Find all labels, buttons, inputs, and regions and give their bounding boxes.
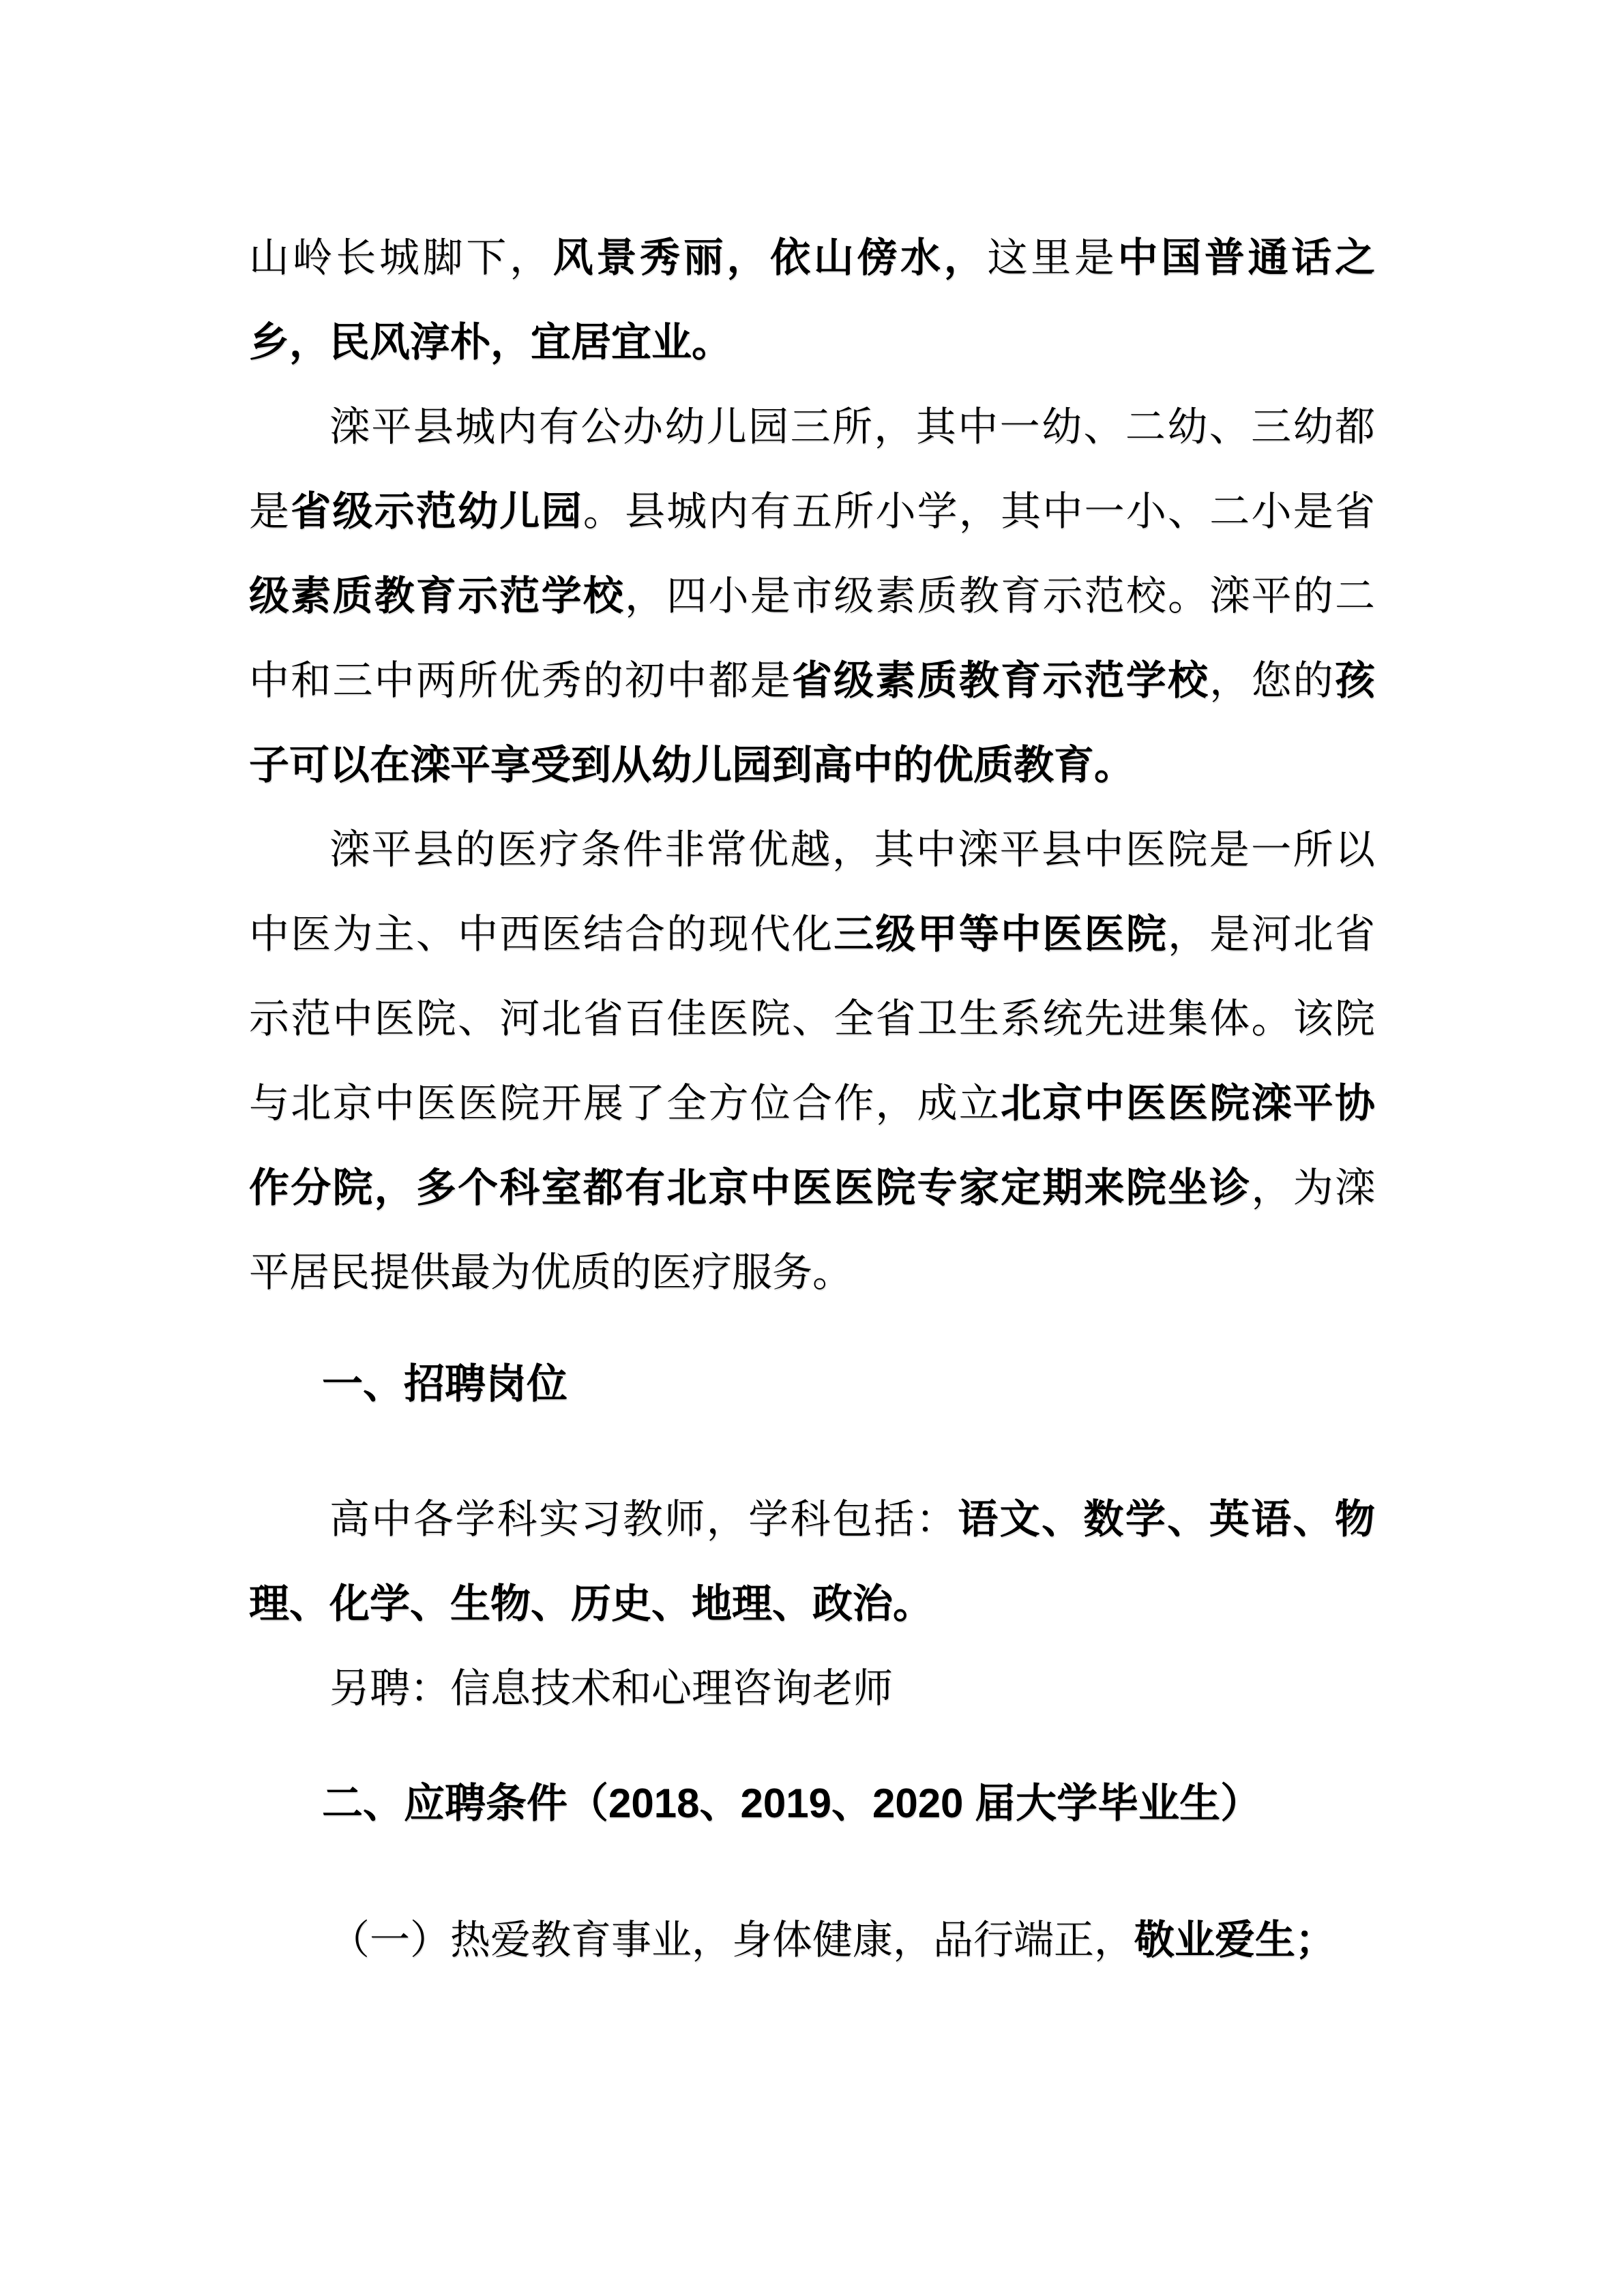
paragraph-location-intro: 山岭长城脚下，风景秀丽，依山傍水，这里是中国普通话之乡，民风淳朴，宜居宜业。 [249,215,1375,385]
text-run: 另聘：信息技术和心理咨询老师 [329,1666,893,1711]
text-run-bold: 三级甲等中医医院 [833,912,1168,957]
text-run-bold: 级素质教育示范学校 [249,573,625,618]
text-run-bold: 敬业爱生； [1134,1918,1335,1963]
text-run: ，您的 [1209,658,1335,703]
document-content: 山岭长城脚下，风景秀丽，依山傍水，这里是中国普通话之乡，民风淳朴，宜居宜业。 滦… [249,215,1375,1982]
heading-recruit-positions: 一、招聘岗位 [249,1342,1375,1427]
document-page: 山岭长城脚下，风景秀丽，依山傍水，这里是中国普通话之乡，民风淳朴，宜居宜业。 滦… [0,0,1624,2296]
paragraph-additional-hires: 另聘：信息技术和心理咨询老师 [249,1646,1375,1731]
paragraph-subjects: 高中各学科实习教师，学科包括：语文、数学、英语、物理、化学、生物、历史、地理、政… [249,1477,1375,1646]
text-run: 这里是 [988,235,1118,280]
text-run-bold: 省级素质教育示范学校 [792,658,1209,703]
text-run-bold: 省级示范幼儿园 [291,489,583,534]
paragraph-education: 滦平县城内有公办幼儿园三所，其中一幼、二幼、三幼都是省级示范幼儿园。县城内有五所… [249,385,1375,807]
text-run-bold: 风景秀丽，依山傍水， [553,235,988,280]
paragraph-condition-one: （一）热爱教育事业，身体健康，品行端正，敬业爱生； [249,1898,1375,1982]
text-run: 山岭长城脚下， [249,235,553,280]
text-run: （一）热爱教育事业，身体健康，品行端正， [329,1918,1134,1963]
text-run: 。县城内有五所小学，其中一小、二小是省 [583,489,1375,534]
heading-application-conditions: 二、应聘条件（2018、2019、2020 届大学毕业生） [249,1761,1375,1846]
text-run: 高中各学科实习教师，学科包括： [329,1497,958,1542]
paragraph-medical: 滦平县的医疗条件非常优越，其中滦平县中医院是一所以中医为主、中西医结合的现代化三… [249,807,1375,1315]
